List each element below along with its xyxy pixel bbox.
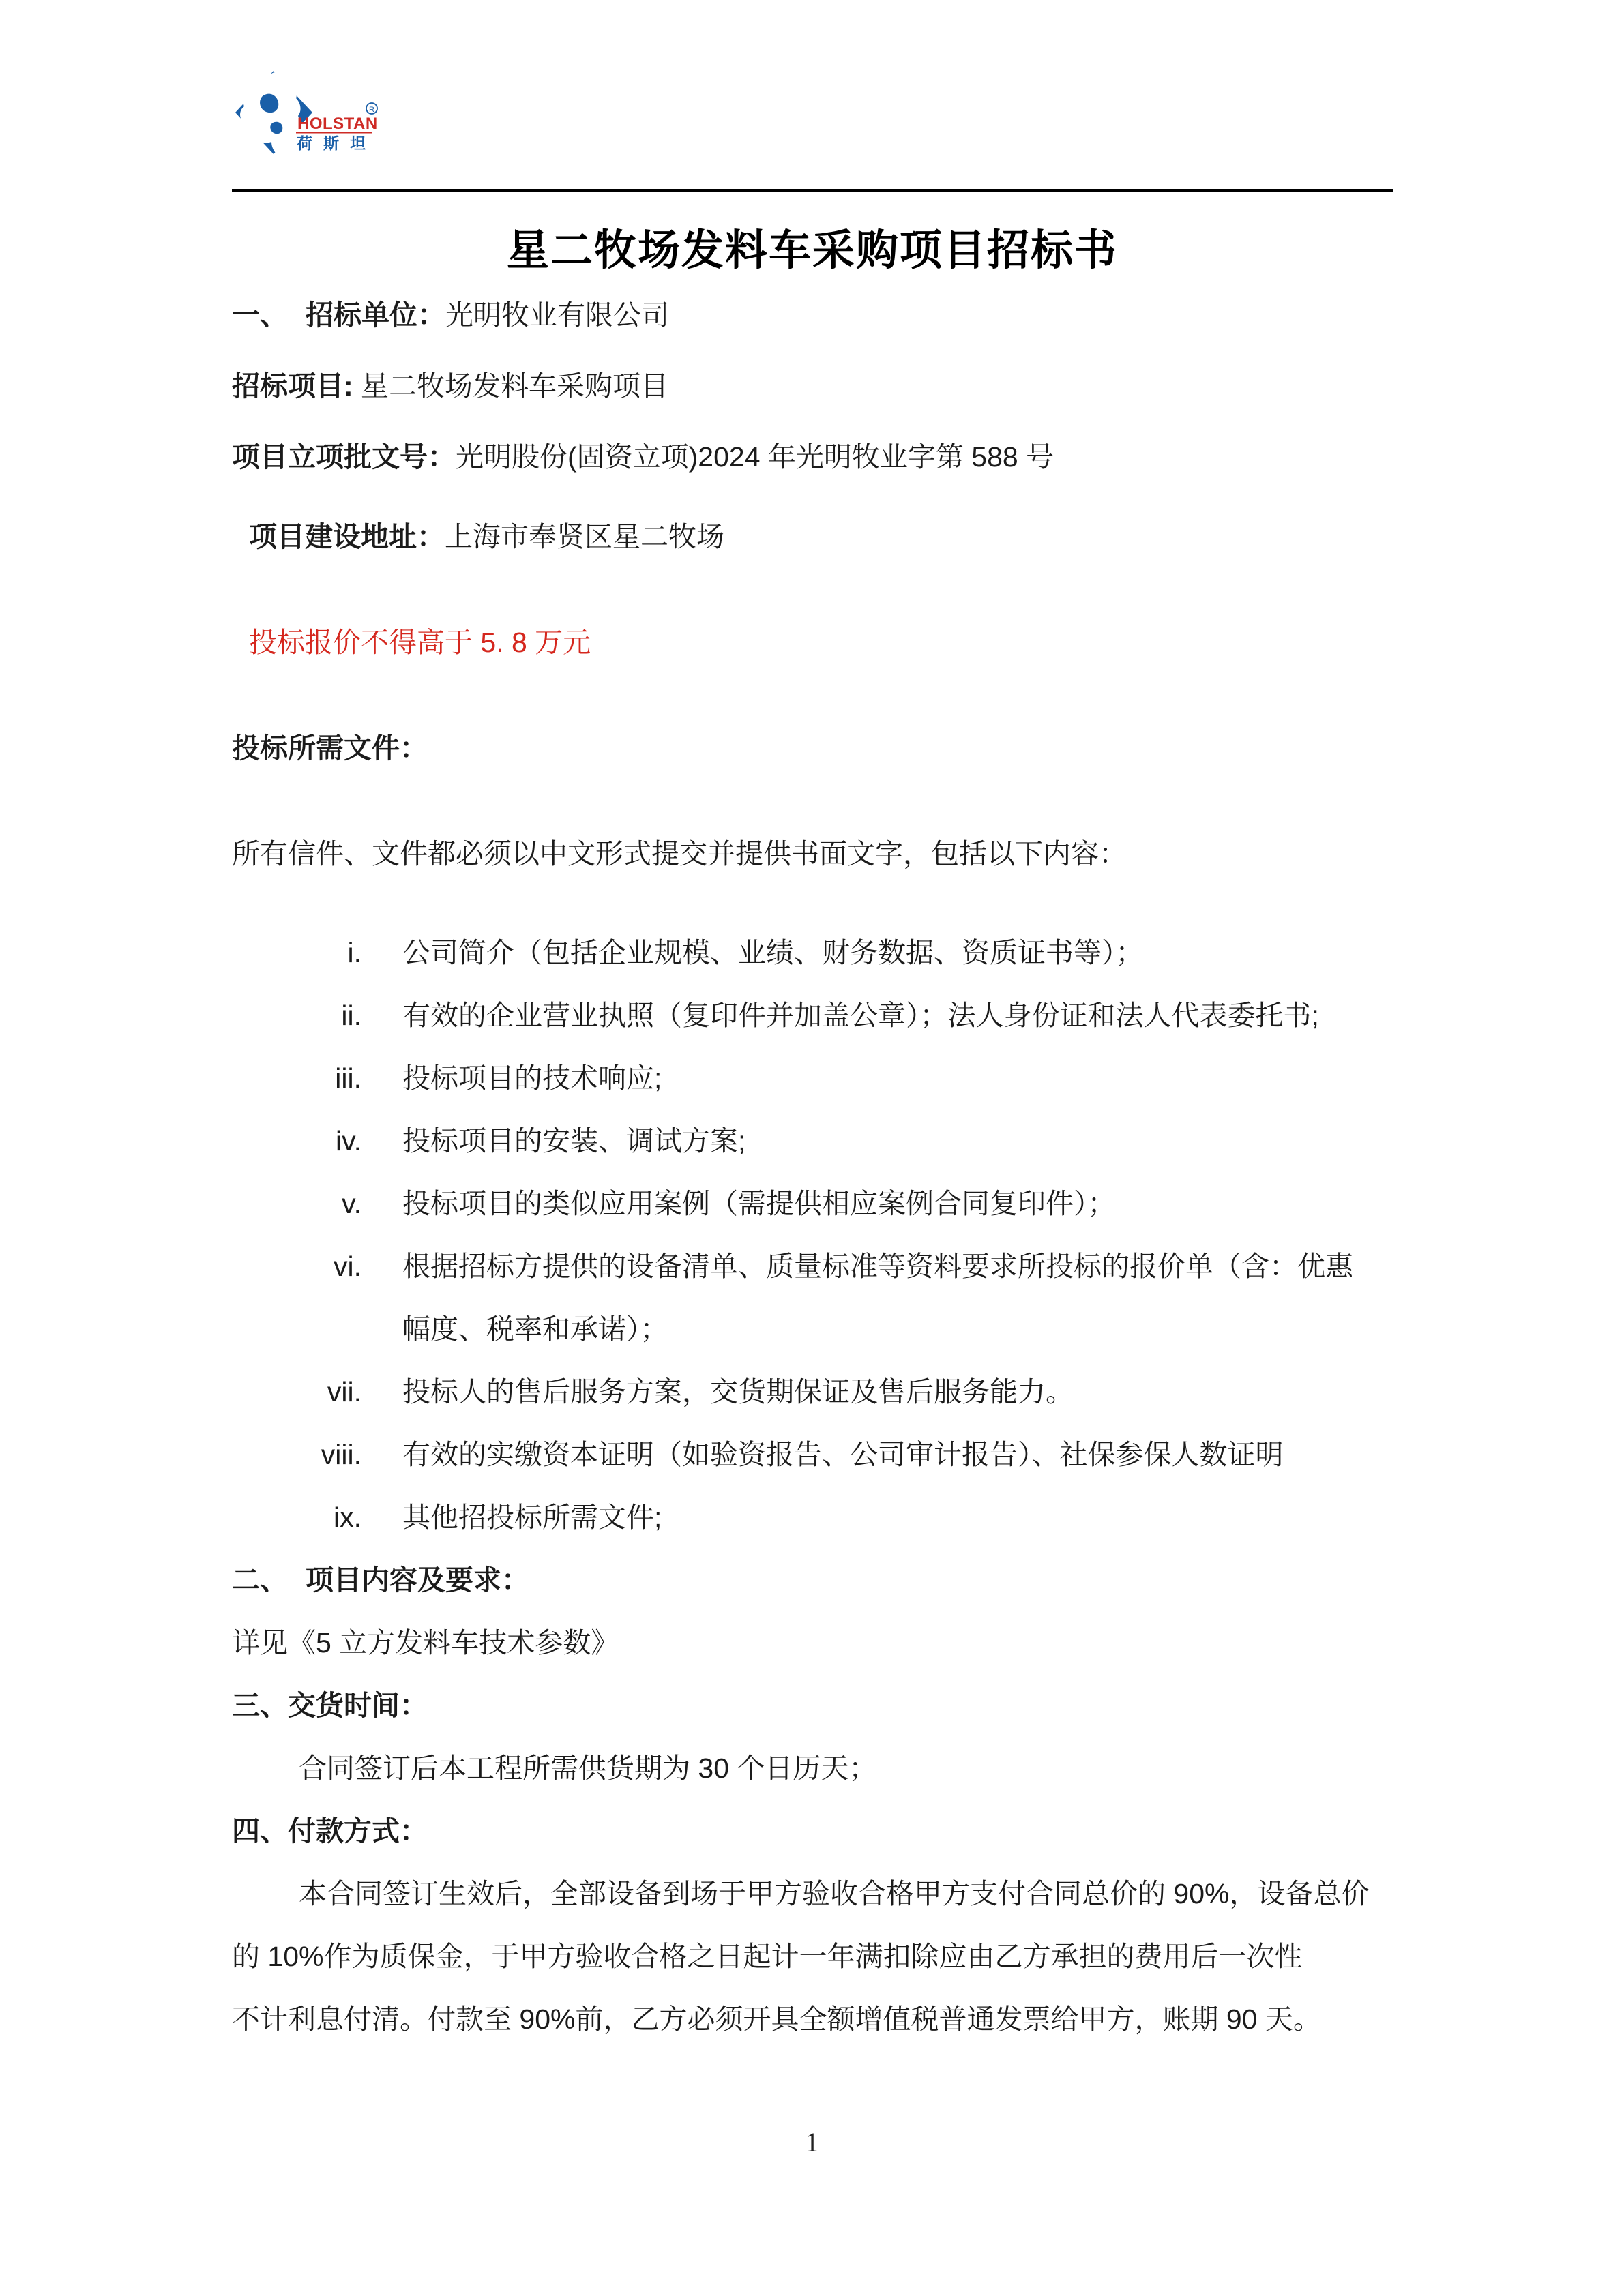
list-item-text: 其他招投标所需文件; bbox=[402, 1500, 662, 1534]
brand-name-zh: 荷斯坦 bbox=[297, 134, 377, 152]
address-label: 项目建设地址： bbox=[249, 521, 445, 552]
document-content: 星二牧场发料车采购项目招标书 一、招标单位：光明牧业有限公司 招标项目: 星二牧… bbox=[232, 225, 1393, 2036]
payment-terms-line: 本合同签订生效后，全部设备到场于甲方验收合格甲方支付合同总价的 90%，设备总价 bbox=[232, 1877, 1393, 1911]
payment-terms-line: 不计利息付清。付款至 90%前，乙方必须开具全额增值税普通发票给甲方，账期 90… bbox=[232, 2002, 1393, 2036]
section-number: 一、 bbox=[232, 298, 306, 332]
bidding-unit-value: 光明牧业有限公司 bbox=[445, 299, 669, 331]
bidding-unit-label: 招标单位： bbox=[306, 299, 445, 331]
list-item: i. 公司简介（包括企业规模、业绩、财务数据、资质证书等）； bbox=[232, 936, 1393, 970]
project-row: 招标项目: 星二牧场发料车采购项目 bbox=[232, 369, 1393, 403]
payment-terms-line: 的 10%作为质保金，于甲方验收合格之日起计一年满扣除应由乙方承担的费用后一次性 bbox=[232, 1939, 1393, 1973]
address-value: 上海市奉贤区星二牧场 bbox=[445, 521, 724, 552]
registered-mark: R bbox=[369, 106, 374, 114]
price-limit-notice: 投标报价不得高于 5. 8 万元 bbox=[232, 625, 1393, 659]
list-item-text: 投标人的售后服务方案，交货期保证及售后服务能力。 bbox=[402, 1375, 1074, 1409]
list-item-text: 投标项目的类似应用案例（需提供相应案例合同复印件）； bbox=[402, 1187, 1116, 1221]
section-two-detail: 详见《5 立方发料车技术参数》 bbox=[232, 1626, 1393, 1660]
section-four-label: 付款方式： bbox=[288, 1815, 428, 1847]
list-item: ii. 有效的企业营业执照（复印件并加盖公章）；法人身份证和法人代表委托书; bbox=[232, 998, 1393, 1032]
page-number: 1 bbox=[0, 2126, 1624, 2158]
list-item-text: 有效的实缴资本证明（如验资报告、公司审计报告）、社保参保人数证明 bbox=[402, 1437, 1284, 1472]
section-number: 四、 bbox=[232, 1815, 288, 1847]
header-rule bbox=[232, 189, 1393, 192]
approval-value: 光明股份(固资立项)2024 年光明牧业字第 588 号 bbox=[456, 441, 1054, 473]
list-item: iv. 投标项目的安装、调试方案; bbox=[232, 1124, 1393, 1158]
list-item-text: 公司简介（包括企业规模、业绩、财务数据、资质证书等）； bbox=[402, 936, 1144, 970]
holstan-logo: HOLSTAN 荷斯坦 R bbox=[231, 65, 391, 164]
list-item: vi. 根据招标方提供的设备清单、质量标准等资料要求所投标的报价单（含：优惠 bbox=[232, 1249, 1393, 1283]
list-item-number: iv. bbox=[232, 1124, 361, 1158]
docs-required-label: 投标所需文件： bbox=[232, 731, 1393, 765]
brand-name-en: HOLSTAN bbox=[297, 115, 378, 133]
list-item-text: 根据招标方提供的设备清单、质量标准等资料要求所投标的报价单（含：优惠 bbox=[402, 1249, 1353, 1283]
list-item: vii. 投标人的售后服务方案，交货期保证及售后服务能力。 bbox=[232, 1375, 1393, 1409]
project-label: 招标项目: bbox=[232, 370, 361, 402]
section-four-heading: 四、付款方式： bbox=[232, 1814, 1393, 1848]
delivery-term-text: 合同签订后本工程所需供货期为 30 个日历天； bbox=[232, 1751, 1393, 1785]
approval-label: 项目立项批文号： bbox=[232, 441, 456, 473]
section-two-heading: 二、项目内容及要求： bbox=[232, 1563, 1393, 1597]
list-item-number: i. bbox=[232, 936, 361, 970]
section-number: 二、 bbox=[232, 1563, 306, 1597]
section-number: 三、 bbox=[232, 1690, 288, 1721]
list-item-number: vii. bbox=[232, 1375, 361, 1409]
approval-row: 项目立项批文号：光明股份(固资立项)2024 年光明牧业字第 588 号 bbox=[232, 440, 1393, 474]
list-item-number: ix. bbox=[232, 1500, 361, 1534]
list-item: viii. 有效的实缴资本证明（如验资报告、公司审计报告）、社保参保人数证明 bbox=[232, 1437, 1393, 1472]
tender-document-page: { "page": { "background": "#ffffff", "pa… bbox=[0, 0, 1624, 2296]
list-item: iii. 投标项目的技术响应; bbox=[232, 1061, 1393, 1095]
list-item-number: v. bbox=[232, 1187, 361, 1221]
list-item-number: ii. bbox=[232, 998, 361, 1032]
docs-intro: 所有信件、文件都必须以中文形式提交并提供书面文字，包括以下内容： bbox=[232, 837, 1393, 871]
list-item-text: 投标项目的安装、调试方案; bbox=[402, 1124, 745, 1158]
section-three-label: 交货时间： bbox=[288, 1690, 428, 1721]
list-item-number: viii. bbox=[232, 1437, 361, 1472]
list-item-text: 有效的企业营业执照（复印件并加盖公章）；法人身份证和法人代表委托书; bbox=[402, 998, 1319, 1032]
address-row: 项目建设地址：上海市奉贤区星二牧场 bbox=[232, 520, 1393, 554]
section-three-heading: 三、交货时间： bbox=[232, 1688, 1393, 1723]
list-item-continuation: 幅度、税率和承诺）； bbox=[402, 1312, 1393, 1346]
list-item: v. 投标项目的类似应用案例（需提供相应案例合同复印件）； bbox=[232, 1187, 1393, 1221]
list-item: ix. 其他招投标所需文件; bbox=[232, 1500, 1393, 1534]
list-item-number: iii. bbox=[232, 1061, 361, 1095]
section-two-label: 项目内容及要求： bbox=[306, 1564, 529, 1596]
list-item-text: 投标项目的技术响应; bbox=[402, 1061, 662, 1095]
brand-underline bbox=[296, 132, 372, 134]
list-item-number: vi. bbox=[232, 1249, 361, 1283]
project-value: 星二牧场发料车采购项目 bbox=[361, 370, 668, 402]
section-one-heading: 一、招标单位：光明牧业有限公司 bbox=[232, 298, 1393, 332]
page-title: 星二牧场发料车采购项目招标书 bbox=[232, 225, 1393, 276]
